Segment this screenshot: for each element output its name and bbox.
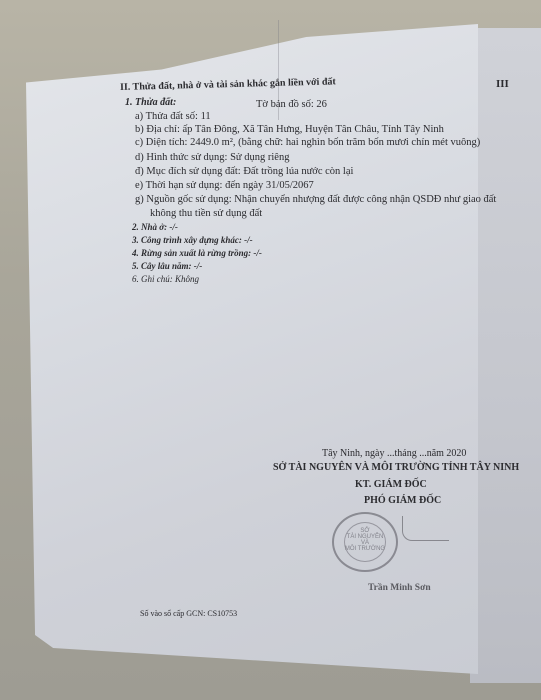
official-seal: SỞ TÀI NGUYÊN VÀ MÔI TRƯỜNG bbox=[332, 512, 398, 572]
item-production-forest: 4. Rừng sản xuất là rừng trồng: -/- bbox=[132, 248, 262, 258]
kt-director: KT. GIÁM ĐỐC bbox=[355, 479, 427, 490]
parcel-number: a) Thửa đất số: 11 bbox=[135, 111, 211, 122]
signature-mark bbox=[402, 516, 449, 541]
right-page-marker: III bbox=[496, 78, 509, 90]
item-house: 2. Nhà ở: -/- bbox=[132, 222, 178, 232]
parcel-area: c) Diện tích: 2449.0 m², (bằng chữ: hai … bbox=[135, 137, 480, 148]
deputy-director: PHÓ GIÁM ĐỐC bbox=[364, 495, 441, 506]
item-notes: 6. Ghi chú: Không bbox=[132, 274, 199, 284]
signer-name: Trần Minh Sơn bbox=[368, 583, 431, 593]
issuing-agency: SỞ TÀI NGUYÊN VÀ MÔI TRƯỜNG TỈNH TÂY NIN… bbox=[273, 462, 519, 473]
registry-number: Số vào sổ cấp GCN: CS10753 bbox=[140, 609, 237, 618]
document-page bbox=[26, 24, 478, 674]
map-sheet-number: Tờ bản đồ số: 26 bbox=[256, 99, 327, 110]
usage-origin-cont: không thu tiền sử dụng đất bbox=[150, 208, 262, 219]
usage-term: e) Thời hạn sử dụng: đến ngày 31/05/2067 bbox=[135, 180, 314, 191]
item-other-construction: 3. Công trình xây dựng khác: -/- bbox=[132, 235, 253, 245]
usage-form: d) Hình thức sử dụng: Sử dụng riêng bbox=[135, 152, 289, 163]
adjacent-page bbox=[470, 28, 541, 683]
parcel-heading: 1. Thửa đất: bbox=[125, 97, 176, 108]
place-date: Tây Ninh, ngày ...tháng ...năm 2020 bbox=[322, 448, 466, 459]
parcel-address: b) Địa chỉ: ấp Tân Đông, Xã Tân Hưng, Hu… bbox=[135, 124, 444, 135]
item-perennial-trees: 5. Cây lâu năm: -/- bbox=[132, 261, 202, 271]
usage-origin: g) Nguồn gốc sử dụng: Nhận chuyển nhượng… bbox=[135, 194, 496, 205]
land-use-purpose: đ) Mục đích sử dụng đất: Đất trồng lúa n… bbox=[135, 166, 353, 177]
